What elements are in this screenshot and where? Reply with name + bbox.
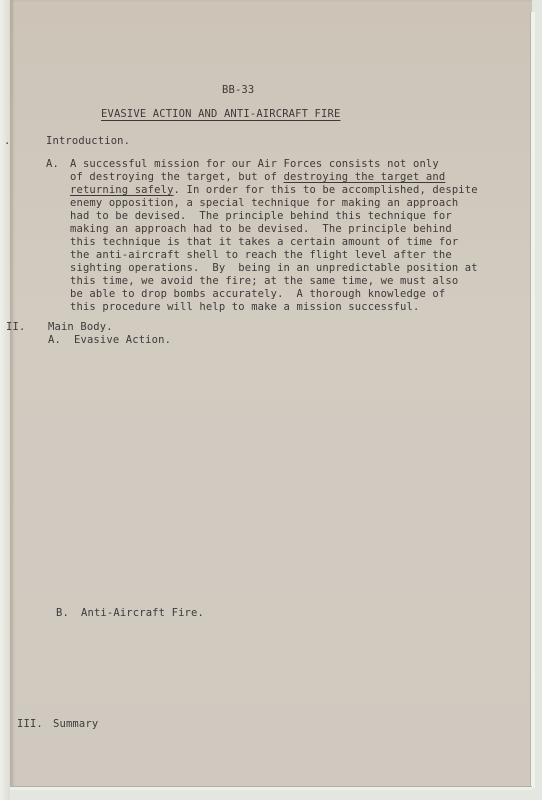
- page-edge-bottom: [10, 786, 532, 790]
- paragraph-line: the anti-aircraft shell to reach the fli…: [70, 249, 452, 262]
- paragraph-line: enemy opposition, a special technique fo…: [70, 197, 458, 210]
- document-code: BB-33: [222, 84, 254, 96]
- item-2a-marker: A.: [48, 334, 61, 346]
- section-1-heading: Introduction.: [46, 135, 130, 147]
- page-edge-right: [530, 12, 535, 788]
- item-2b-marker: B.: [56, 607, 69, 619]
- scanner-bed-left: [0, 0, 10, 800]
- scanned-document: BB-33 EVASIVE ACTION AND ANTI-AIRCRAFT F…: [0, 0, 542, 800]
- emphasis-underline: returning safely: [70, 184, 174, 196]
- item-1a-marker: A.: [46, 158, 59, 170]
- paragraph-line: be able to drop bombs accurately. A thor…: [70, 288, 445, 301]
- paragraph-line: making an approach had to be devised. Th…: [70, 223, 452, 236]
- section-3-numeral: III.: [17, 718, 43, 730]
- emphasis-underline: destroying the target and: [284, 171, 446, 183]
- paragraph-line: this technique is that it takes a certai…: [70, 236, 458, 249]
- item-2a-label: Evasive Action.: [74, 334, 171, 346]
- paragraph-line: A successful mission for our Air Forces …: [70, 158, 439, 171]
- section-2-numeral: II.: [6, 321, 25, 333]
- section-2-heading: Main Body.: [48, 321, 113, 333]
- document-title: EVASIVE ACTION AND ANTI-AIRCRAFT FIRE: [101, 108, 340, 120]
- paragraph-line: this time, we avoid the fire; at the sam…: [70, 275, 458, 288]
- section-1-numeral: .: [4, 135, 10, 147]
- section-3-heading: Summary: [53, 718, 98, 730]
- paragraph-line: returning safely. In order for this to b…: [70, 184, 478, 197]
- paragraph-line: of destroying the target, but of destroy…: [70, 171, 445, 184]
- paragraph-line: this procedure will help to make a missi…: [70, 301, 419, 314]
- paragraph-line: had to be devised. The principle behind …: [70, 210, 452, 223]
- item-2b-label: Anti-Aircraft Fire.: [81, 607, 204, 619]
- paragraph-line: sighting operations. By being in an unpr…: [70, 262, 478, 275]
